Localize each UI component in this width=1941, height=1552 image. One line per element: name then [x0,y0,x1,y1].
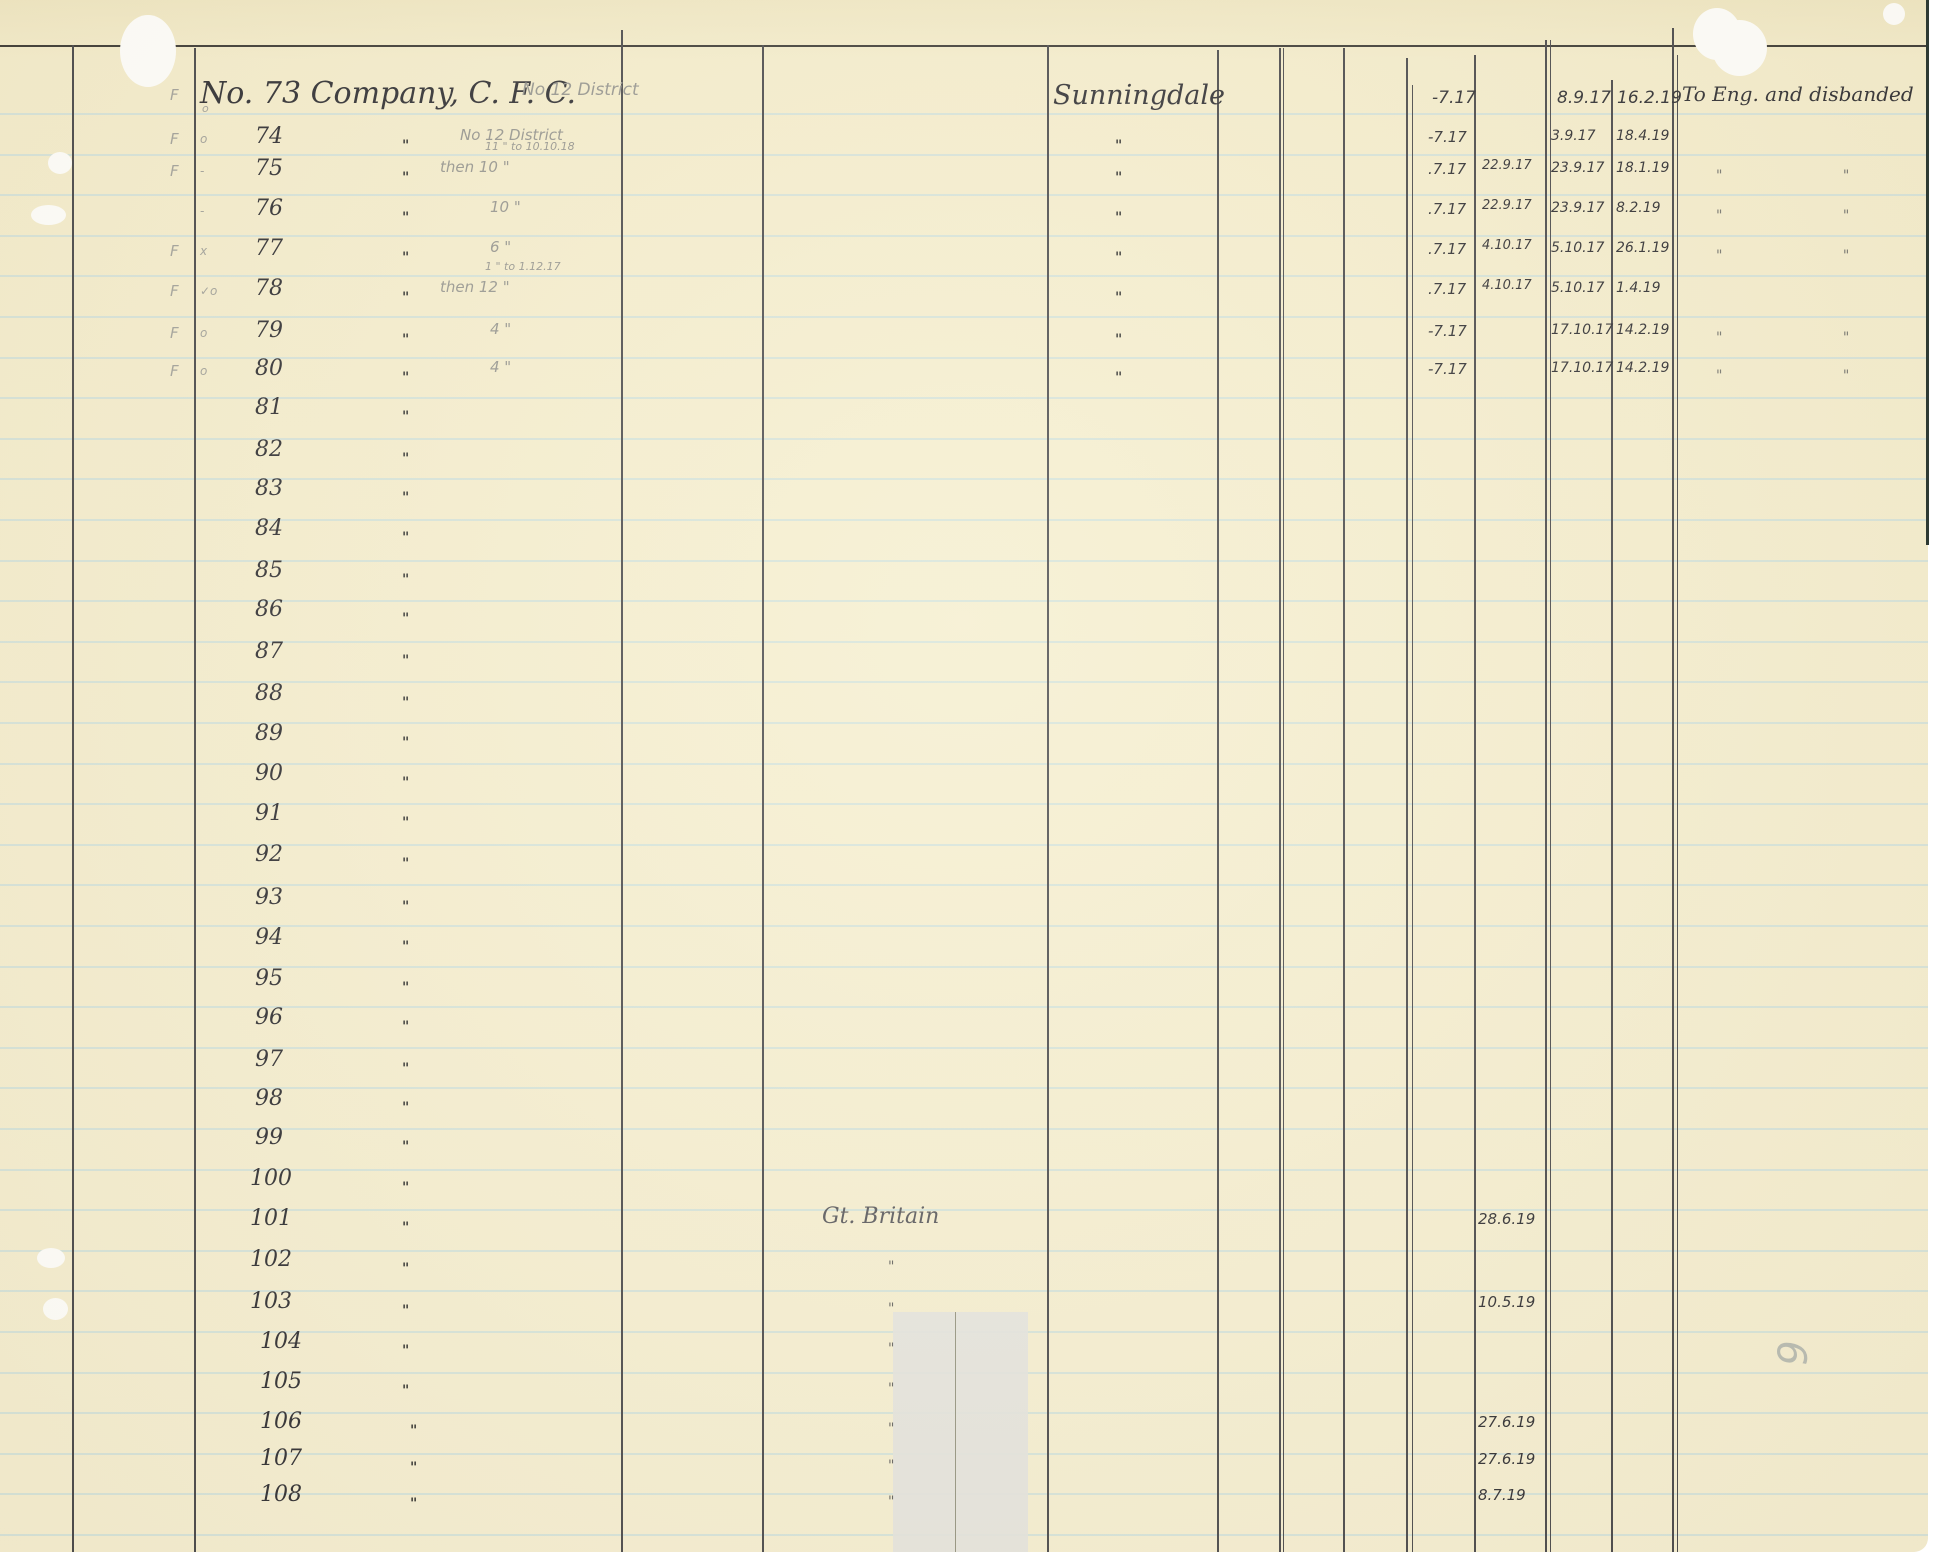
location-ditto: " [1115,170,1122,186]
date-end: 18.4.19 [1616,128,1669,144]
return-date: 27.6.19 [1478,1450,1535,1468]
ditto-mark: " [402,1180,409,1196]
ruled-line [0,722,1928,724]
ruled-line [0,560,1928,562]
date-transfer: 4.10.17 [1482,278,1532,293]
date-end: 14.2.19 [1616,360,1669,376]
margin-tick-mark: o [200,132,207,146]
date-start: .7.17 [1428,280,1466,298]
date-arrival: 17.10.17 [1551,360,1613,376]
paper-strip-fold [955,1312,956,1552]
row-number: 108 [260,1482,302,1507]
margin-f-mark: F [170,162,179,180]
return-date: 27.6.19 [1478,1413,1535,1431]
remarks-ditto: " " " [1716,168,1928,184]
ruled-line [0,275,1928,277]
margin-tick-mark: - [200,204,204,218]
row-number: 95 [255,966,283,991]
date-end: 14.2.19 [1616,322,1669,338]
remarks-ditto: " " " [1716,368,1928,384]
scan-margin [1928,0,1941,1552]
ruled-line [0,357,1928,359]
column-line [1343,48,1345,1552]
ditto-mark: " [402,653,409,669]
column-line [1283,48,1284,1552]
column-line [1611,80,1613,1552]
punch-hole [31,205,66,225]
column-line [1412,85,1413,1552]
ditto-mark: " [402,170,409,186]
ditto-mark: " [402,980,409,996]
column-line [194,48,196,1552]
location-ditto: " [1115,290,1122,306]
punch-hole [37,1248,65,1268]
punch-hole [1883,3,1905,25]
ditto-mark: " [402,451,409,467]
punch-hole [1712,20,1767,76]
row-number: 106 [260,1409,302,1434]
row-number: 75 [255,156,283,181]
ruled-line [0,478,1928,480]
date-end: 8.2.19 [1616,200,1661,216]
ruled-line [0,600,1928,602]
ruled-line [0,925,1928,927]
ditto-mark: " [402,815,409,831]
ruled-line [0,154,1928,156]
ditto-mark: " [402,735,409,751]
company-title: No. 73 Company, C. F. C. [200,76,576,111]
margin-f-mark: F [170,242,179,260]
district-transfer-note: 11 " to 10.10.18 [485,140,575,153]
paper-strip [893,1312,1028,1552]
header-rule [0,45,1928,47]
ditto-mark: " [402,490,409,506]
ditto-mark: " [402,409,409,425]
location-ditto: " [1115,250,1122,266]
location-sunningdale: Sunningdale [1053,80,1225,111]
ditto-mark: " [402,1061,409,1077]
ruled-line [0,641,1928,643]
margin-tick-mark: ✓o [200,284,217,298]
location-ditto: " [1115,210,1122,226]
margin-tick-mark: o [200,364,207,378]
ledger-page: F o No. 73 Company, C. F. C. No 12 Distr… [0,0,1928,1552]
column-line [1474,55,1476,1552]
ruled-line [0,884,1928,886]
row-number: 100 [250,1166,292,1191]
ruled-line [0,1047,1928,1049]
date-end: 1.4.19 [1616,280,1661,296]
punch-hole [48,152,72,174]
location-ditto: " [1115,370,1122,386]
return-date: 8.7.19 [1478,1486,1526,1504]
date-arrival: 17.10.17 [1551,322,1613,338]
ruled-line [0,966,1928,968]
date-start: -7.17 [1428,128,1467,146]
ditto-mark: " [402,1139,409,1155]
ditto-mark: " [402,290,409,306]
punch-hole [43,1298,68,1320]
ruled-line [0,397,1928,399]
ruled-line [0,316,1928,318]
date-arrival: 5.10.17 [1551,280,1604,296]
country-ditto: " [888,1458,894,1474]
date-start: .7.17 [1428,160,1466,178]
return-date: 28.6.19 [1478,1210,1535,1228]
column-line [1550,40,1551,1552]
date-start: -7.17 [1428,322,1467,340]
district-note: 6 " [490,238,511,256]
margin-f-mark: F [170,362,179,380]
ditto-mark: " [402,250,409,266]
ditto-mark: " [402,695,409,711]
remarks-text: To Eng. and disbanded [1682,82,1914,106]
ditto-mark: " [402,856,409,872]
column-line [1279,48,1281,1552]
ditto-mark: " [402,1100,409,1116]
ruled-line [0,235,1928,237]
row-number: 89 [255,721,283,746]
column-line [1217,50,1219,1552]
row-number: 98 [255,1086,283,1111]
row-number: 85 [255,558,283,583]
country-ditto: " [888,1421,894,1437]
row-number: 91 [255,801,283,826]
remarks-ditto: " " " [1716,248,1928,264]
date-start: -7.17 [1432,88,1476,108]
ditto-mark: " [402,1220,409,1236]
ruled-line [0,844,1928,846]
location-ditto: " [1115,138,1122,154]
page-number-mark: 6 [1768,1340,1814,1365]
row-number: 74 [255,124,283,149]
ruled-line [0,194,1928,196]
district-note: 4 " [490,358,511,376]
ruled-line [0,803,1928,805]
row-number: 79 [255,318,283,343]
date-transfer: 22.9.17 [1482,158,1532,173]
date-start: -7.17 [1428,360,1467,378]
row-number: 78 [255,276,283,301]
margin-tick-mark: x [200,244,207,258]
row-number: 86 [255,597,283,622]
row-number: 93 [255,885,283,910]
district-note: then 10 " [440,158,510,176]
margin-f-mark: F [170,86,179,104]
ditto-mark: " [402,572,409,588]
row-number: 105 [260,1369,302,1394]
date-arrival: 23.9.17 [1551,160,1604,176]
row-number: 96 [255,1005,283,1030]
column-line [1677,55,1678,1552]
remarks-ditto: " " " [1716,208,1928,224]
district-transfer-note: 1 " to 1.12.17 [485,260,561,273]
ditto-mark: " [402,611,409,627]
row-number: 101 [250,1206,292,1231]
row-number: 76 [255,196,283,221]
country-ditto: " [888,1494,894,1510]
column-line [1545,40,1547,1552]
margin-tick-mark: o [200,326,207,340]
ruled-line [0,113,1928,115]
row-number: 103 [250,1289,292,1314]
ruled-line [0,763,1928,765]
ruled-line [0,681,1928,683]
column-line [1406,58,1408,1552]
ditto-mark: " [402,138,409,154]
district-note: 4 " [490,320,511,338]
row-number: 99 [255,1125,283,1150]
ditto-mark: " [402,210,409,226]
row-number: 94 [255,925,283,950]
ruled-line [0,1087,1928,1089]
date-end: 16.2.19 [1617,88,1682,108]
date-start: .7.17 [1428,240,1466,258]
country-ditto: " [888,1259,894,1275]
punch-hole [120,15,176,87]
ditto-mark: " [410,1496,417,1512]
location-ditto: " [1115,332,1122,348]
column-line [72,45,74,1552]
ditto-mark: " [402,530,409,546]
scan-edge [1926,0,1929,545]
row-number: 88 [255,681,283,706]
country-ditto: " [888,1301,894,1317]
row-number: 87 [255,639,283,664]
date-end: 26.1.19 [1616,240,1669,256]
margin-tick-mark: - [200,164,204,178]
country-ditto: " [888,1341,894,1357]
ruled-line [0,1006,1928,1008]
title-district-note: No 12 District [522,80,639,100]
margin-f-mark: F [170,324,179,342]
row-number: 84 [255,516,283,541]
row-number: 104 [260,1329,302,1354]
column-line [762,45,764,1552]
margin-f-mark: F [170,130,179,148]
row-number: 102 [250,1247,292,1272]
ruled-line [0,519,1928,521]
margin-f-mark: F [170,282,179,300]
row-number: 92 [255,842,283,867]
date-arrival: 3.9.17 [1551,128,1596,144]
date-arrival: 23.9.17 [1551,200,1604,216]
ruled-line [0,1128,1928,1130]
ditto-mark: " [402,939,409,955]
row-number: 81 [255,395,283,420]
ditto-mark: " [402,1019,409,1035]
column-line [1047,45,1049,1552]
date-arrival: 8.9.17 [1557,88,1611,108]
district-note: then 12 " [440,278,510,296]
ditto-mark: " [402,1261,409,1277]
ditto-mark: " [402,1343,409,1359]
remarks-ditto: " " " [1716,330,1928,346]
date-start: .7.17 [1428,200,1466,218]
row-number: 83 [255,476,283,501]
row-number: 90 [255,761,283,786]
row-number: 97 [255,1047,283,1072]
column-line [1672,28,1674,1552]
district-note: 10 " [490,198,521,216]
date-transfer: 22.9.17 [1482,198,1532,213]
ditto-mark: " [410,1423,417,1439]
row-number: 107 [260,1446,302,1471]
country-gt-britain: Gt. Britain [822,1204,939,1229]
row-number: 80 [255,356,283,381]
ruled-line [0,438,1928,440]
row-number: 77 [255,236,283,261]
return-date: 10.5.19 [1478,1293,1535,1311]
date-arrival: 5.10.17 [1551,240,1604,256]
ditto-mark: " [402,370,409,386]
ditto-mark: " [410,1460,417,1476]
date-end: 18.1.19 [1616,160,1669,176]
country-ditto: " [888,1381,894,1397]
row-number: 82 [255,437,283,462]
date-transfer: 4.10.17 [1482,238,1532,253]
ditto-mark: " [402,1383,409,1399]
ditto-mark: " [402,1303,409,1319]
ditto-mark: " [402,775,409,791]
ditto-mark: " [402,332,409,348]
ditto-mark: " [402,899,409,915]
column-line [621,30,623,1552]
